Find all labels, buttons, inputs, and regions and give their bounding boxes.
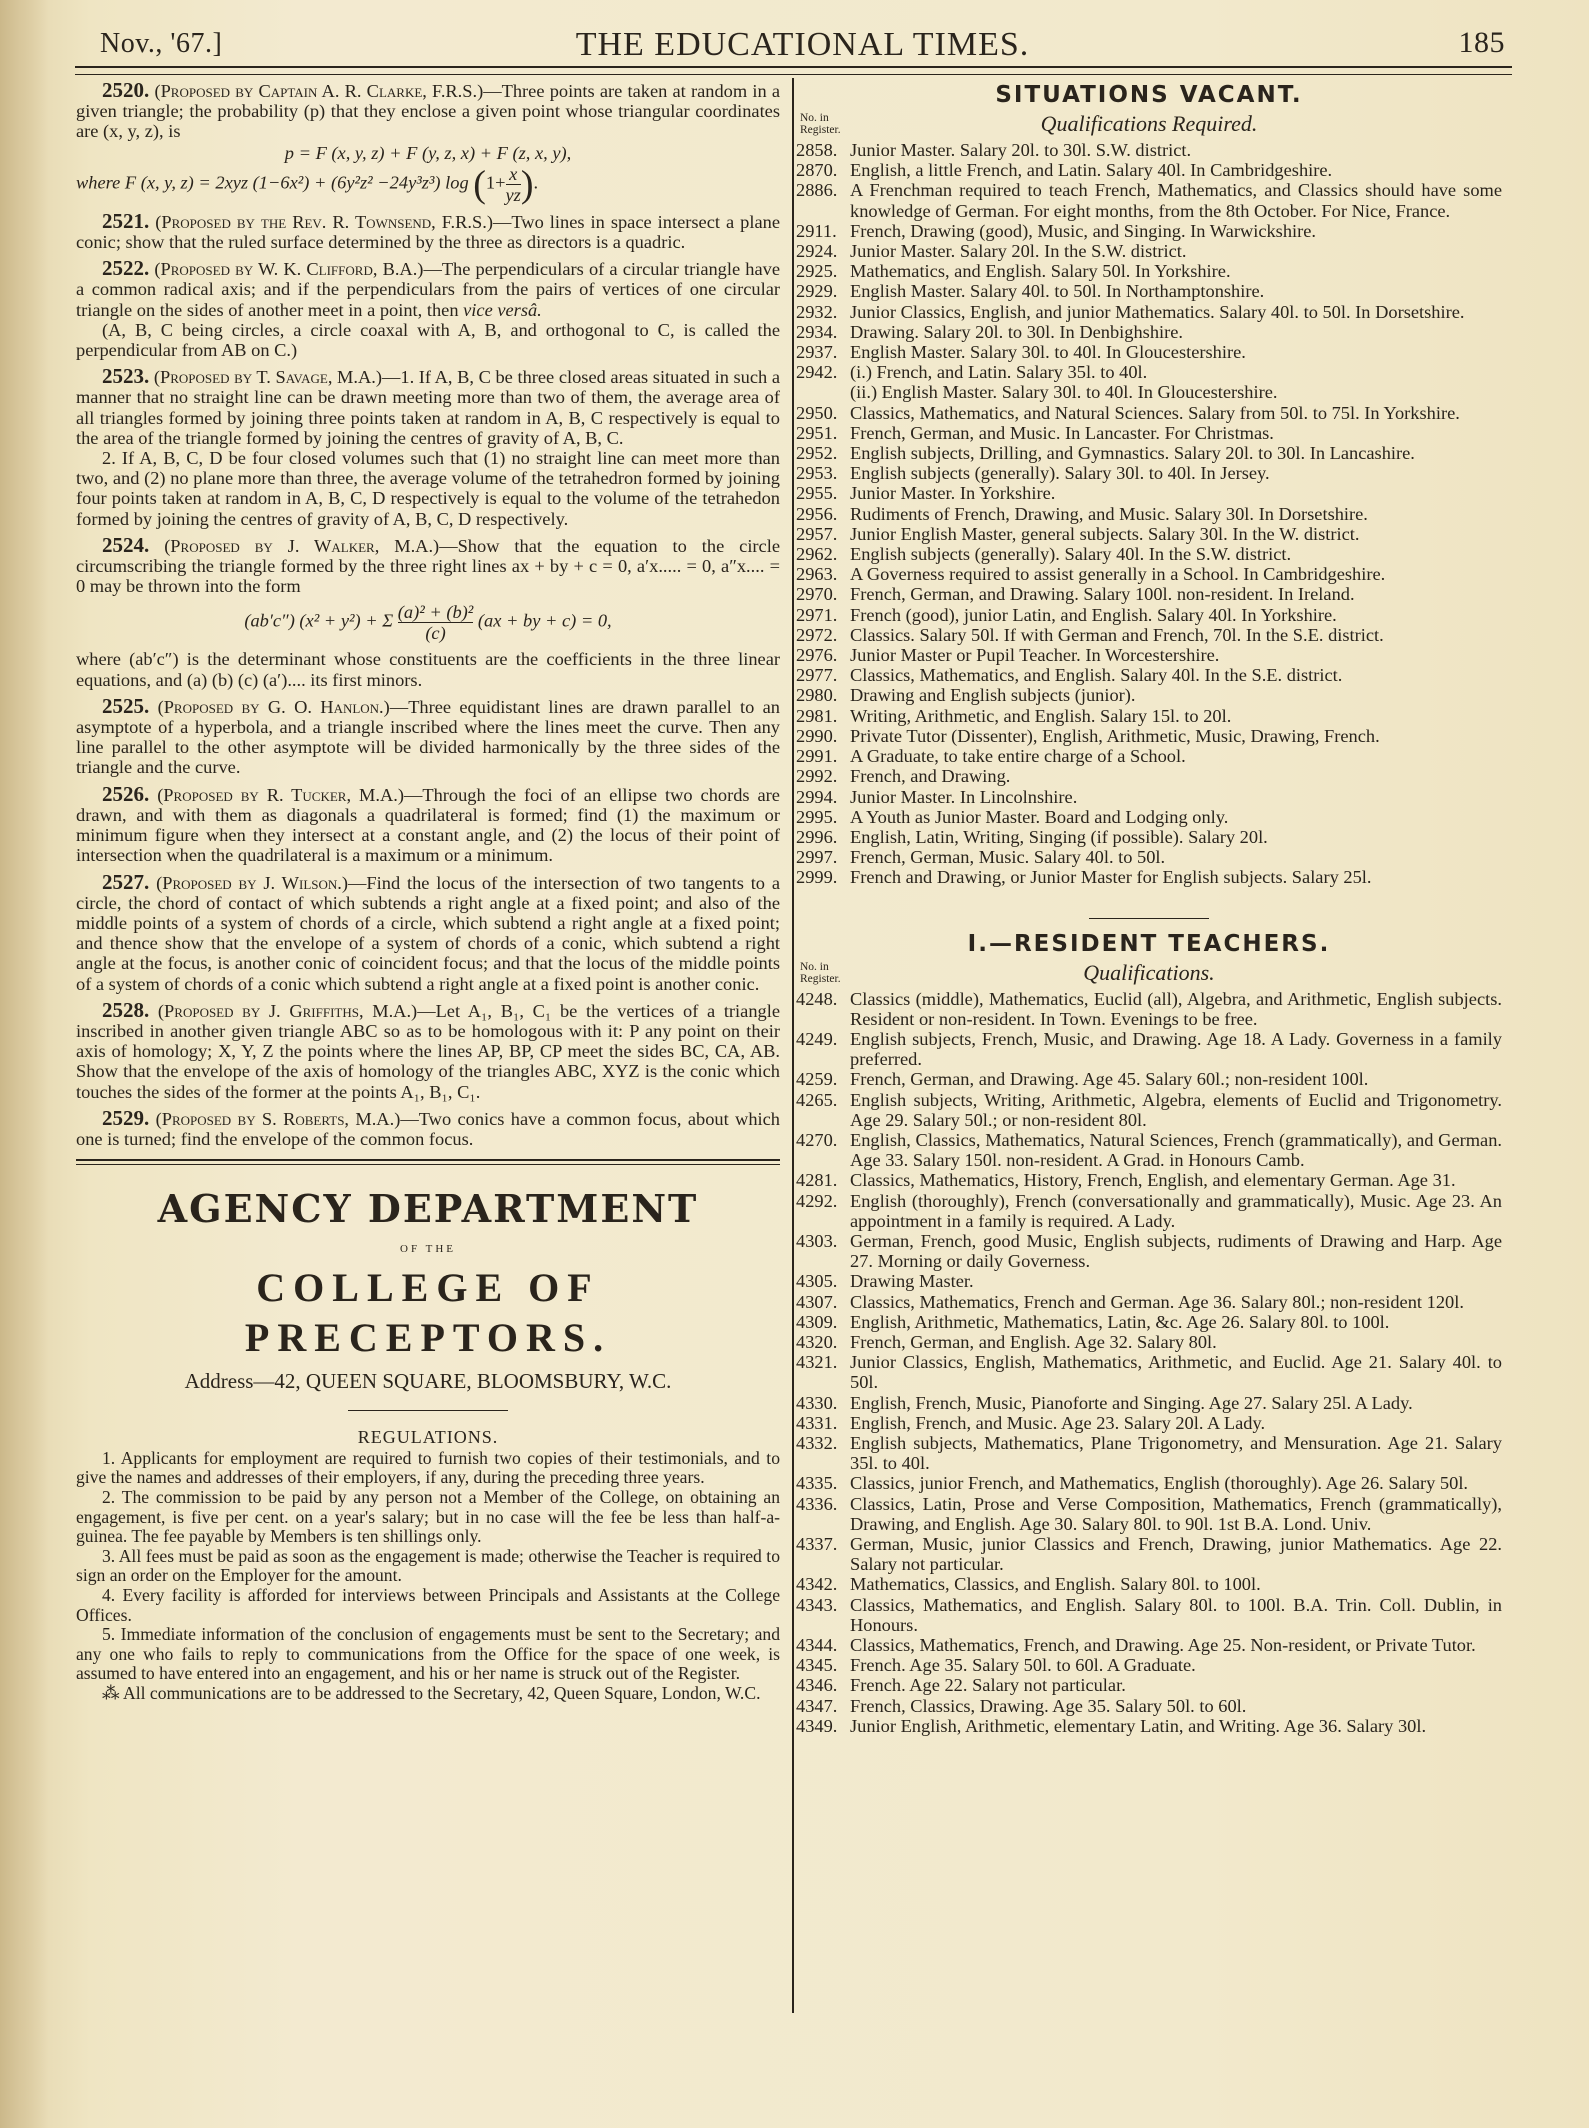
qualification-text: English subjects, Writing, Arithmetic, A… bbox=[850, 1090, 1502, 1130]
qualification-text: Private Tutor (Dissenter), English, Arit… bbox=[850, 726, 1502, 746]
register-number: 2990. bbox=[796, 726, 850, 746]
qualification-text: French, German, and Music. In Lancaster.… bbox=[850, 423, 1502, 443]
register-number: 2972. bbox=[796, 625, 850, 645]
equation: (ab′c″) (x² + y²) + Σ (a)² + (b)²(c) (ax… bbox=[76, 602, 780, 643]
register-number: 4320. bbox=[796, 1332, 850, 1352]
list-item: 2925.Mathematics, and English. Salary 50… bbox=[796, 261, 1502, 281]
register-number: 4309. bbox=[796, 1312, 850, 1332]
qualification-text: Junior Master or Pupil Teacher. In Worce… bbox=[850, 645, 1502, 665]
register-number: 4303. bbox=[796, 1231, 850, 1271]
list-item: 4336.Classics, Latin, Prose and Verse Co… bbox=[796, 1494, 1502, 1534]
register-number: 4249. bbox=[796, 1029, 850, 1069]
qualification-text: French and Drawing, or Junior Master for… bbox=[850, 867, 1502, 887]
register-number: 4335. bbox=[796, 1473, 850, 1493]
list-item: 4281.Classics, Mathematics, History, Fre… bbox=[796, 1170, 1502, 1190]
list-item: 2957.Junior English Master, general subj… bbox=[796, 524, 1502, 544]
register-number: 4332. bbox=[796, 1433, 850, 1473]
list-item: 2942.(i.) French, and Latin. Salary 35l.… bbox=[796, 362, 1502, 402]
register-number: 2992. bbox=[796, 766, 850, 786]
problem-2527: 2527. (Proposed by J. Wilson.)—Find the … bbox=[76, 872, 780, 994]
list-item: 2962.English subjects (generally). Salar… bbox=[796, 544, 1502, 564]
register-number: 2970. bbox=[796, 584, 850, 604]
list-item: 4265.English subjects, Writing, Arithmet… bbox=[796, 1090, 1502, 1130]
qualification-text: Classics. Salary 50l. If with German and… bbox=[850, 625, 1502, 645]
problem-2528: 2528. (Proposed by J. Griffiths, M.A.)—L… bbox=[76, 1000, 780, 1102]
short-rule bbox=[1089, 918, 1209, 919]
qualification-text: Classics, junior French, and Mathematics… bbox=[850, 1473, 1502, 1493]
register-number: 2953. bbox=[796, 463, 850, 483]
problem-number: 2525. bbox=[102, 694, 149, 718]
register-number: 4343. bbox=[796, 1595, 850, 1635]
qualification-text: (i.) French, and Latin. Salary 35l. to 4… bbox=[850, 362, 1502, 402]
register-number: 4305. bbox=[796, 1271, 850, 1291]
qualification-text: A Governess required to assist generally… bbox=[850, 564, 1502, 584]
qualification-text: English subjects (generally). Salary 30l… bbox=[850, 463, 1502, 483]
qualification-text: A Frenchman required to teach French, Ma… bbox=[850, 180, 1502, 220]
qualification-text: French, German, and Drawing. Salary 100l… bbox=[850, 584, 1502, 604]
qualification-text: Writing, Arithmetic, and English. Salary… bbox=[850, 706, 1502, 726]
problem-number: 2524. bbox=[102, 533, 149, 557]
resident-teachers-subheader: No. in Register. Qualifications. bbox=[796, 959, 1502, 989]
problem-number: 2527. bbox=[102, 870, 149, 894]
qualifications-title: Qualifications. bbox=[796, 959, 1502, 987]
register-number: 2980. bbox=[796, 685, 850, 705]
list-item: 4331.English, French, and Music. Age 23.… bbox=[796, 1413, 1502, 1433]
problem-number: 2522. bbox=[102, 256, 149, 280]
register-number: 2924. bbox=[796, 241, 850, 261]
register-number: 2991. bbox=[796, 746, 850, 766]
problem-2529: 2529. (Proposed by S. Roberts, M.A.)—Two… bbox=[76, 1108, 780, 1149]
register-number: 2858. bbox=[796, 140, 850, 160]
list-item: 2972.Classics. Salary 50l. If with Germa… bbox=[796, 625, 1502, 645]
list-item: 2858.Junior Master. Salary 20l. to 30l. … bbox=[796, 140, 1502, 160]
agency-title: AGENCY DEPARTMENT bbox=[76, 1187, 780, 1231]
register-number: 2996. bbox=[796, 827, 850, 847]
register-number: 4248. bbox=[796, 989, 850, 1029]
right-column: SITUATIONS VACANT. No. in Register. Qual… bbox=[796, 80, 1502, 1736]
list-item: 2991.A Graduate, to take entire charge o… bbox=[796, 746, 1502, 766]
register-number: 4307. bbox=[796, 1292, 850, 1312]
problem-proposer: (Proposed by R. Tucker, M.A.) bbox=[157, 785, 404, 805]
register-number: 4345. bbox=[796, 1655, 850, 1675]
register-number: 2937. bbox=[796, 342, 850, 362]
regulations-title: REGULATIONS. bbox=[76, 1427, 780, 1447]
register-number: 2950. bbox=[796, 403, 850, 423]
register-number: 2934. bbox=[796, 322, 850, 342]
resident-teachers-list: 4248.Classics (middle), Mathematics, Euc… bbox=[796, 989, 1502, 1737]
list-item: 4248.Classics (middle), Mathematics, Euc… bbox=[796, 989, 1502, 1029]
qualification-text: A Youth as Junior Master. Board and Lodg… bbox=[850, 807, 1502, 827]
list-item: 4307.Classics, Mathematics, French and G… bbox=[796, 1292, 1502, 1312]
register-number: 4337. bbox=[796, 1534, 850, 1574]
college-address: Address—42, QUEEN SQUARE, BLOOMSBURY, W.… bbox=[76, 1371, 780, 1391]
problem-text-italic: vice versâ. bbox=[463, 300, 542, 320]
list-item: 2971.French (good), junior Latin, and En… bbox=[796, 605, 1502, 625]
qualification-text: English subjects (generally). Salary 40l… bbox=[850, 544, 1502, 564]
problem-2526: 2526. (Proposed by R. Tucker, M.A.)—Thro… bbox=[76, 784, 780, 866]
problem-proposer: (Proposed by the Rev. R. Townsend, F.R.S… bbox=[155, 212, 493, 232]
list-item: 4346.French. Age 22. Salary not particul… bbox=[796, 1675, 1502, 1695]
problem-proposer: (Proposed by J. Wilson.) bbox=[156, 873, 348, 893]
problem-proposer: (Proposed by Captain A. R. Clarke, F.R.S… bbox=[154, 81, 483, 101]
list-item: 4249.English subjects, French, Music, an… bbox=[796, 1029, 1502, 1069]
qualification-text: Junior Master. Salary 20l. In the S.W. d… bbox=[850, 241, 1502, 261]
list-item: 2929.English Master. Salary 40l. to 50l.… bbox=[796, 281, 1502, 301]
qualification-text: English Master. Salary 30l. to 40l. In G… bbox=[850, 342, 1502, 362]
qualification-text: Junior English Master, general subjects.… bbox=[850, 524, 1502, 544]
page-number: 185 bbox=[1459, 26, 1506, 60]
problem-proposer: (Proposed by G. O. Hanlon.) bbox=[158, 697, 390, 717]
qualification-text: German, French, good Music, English subj… bbox=[850, 1231, 1502, 1271]
list-item: 2937.English Master. Salary 30l. to 40l.… bbox=[796, 342, 1502, 362]
regulation-item: 2. The commission to be paid by any pers… bbox=[76, 1488, 780, 1547]
qualification-text: French. Age 35. Salary 50l. to 60l. A Gr… bbox=[850, 1655, 1502, 1675]
agency-department-section: AGENCY DEPARTMENT OF THE COLLEGE OF PREC… bbox=[76, 1187, 780, 1703]
qualification-text: French. Age 22. Salary not particular. bbox=[850, 1675, 1502, 1695]
qualification-text: Classics, Mathematics, French and German… bbox=[850, 1292, 1502, 1312]
list-item: 4292.English (thoroughly), French (conve… bbox=[796, 1191, 1502, 1231]
problem-2520: 2520. (Proposed by Captain A. R. Clarke,… bbox=[76, 80, 780, 205]
agency-of-the: OF THE bbox=[76, 1239, 780, 1259]
newspaper-page: Nov., '67.] THE EDUCATIONAL TIMES. 185 2… bbox=[0, 0, 1589, 2128]
register-number: 2995. bbox=[796, 807, 850, 827]
college-name: COLLEGE OF PRECEPTORS. bbox=[76, 1263, 780, 1363]
register-number: 2956. bbox=[796, 504, 850, 524]
list-item: 2924.Junior Master. Salary 20l. In the S… bbox=[796, 241, 1502, 261]
list-item: 4303.German, French, good Music, English… bbox=[796, 1231, 1502, 1271]
register-number: 2977. bbox=[796, 665, 850, 685]
problem-note: (A, B, C being circles, a circle coaxal … bbox=[76, 320, 780, 360]
register-number: 2981. bbox=[796, 706, 850, 726]
qualification-text: Junior Master. In Lincolnshire. bbox=[850, 787, 1502, 807]
list-item: 2955.Junior Master. In Yorkshire. bbox=[796, 483, 1502, 503]
qualification-text: French, Classics, Drawing. Age 35. Salar… bbox=[850, 1696, 1502, 1716]
list-item: 4345.French. Age 35. Salary 50l. to 60l.… bbox=[796, 1655, 1502, 1675]
list-item: 2951.French, German, and Music. In Lanca… bbox=[796, 423, 1502, 443]
qualification-text: French, and Drawing. bbox=[850, 766, 1502, 786]
list-item: 2992.French, and Drawing. bbox=[796, 766, 1502, 786]
register-number: 2997. bbox=[796, 847, 850, 867]
list-item: 4344.Classics, Mathematics, French, and … bbox=[796, 1635, 1502, 1655]
list-item: 4349.Junior English, Arithmetic, element… bbox=[796, 1716, 1502, 1736]
list-item: 2934.Drawing. Salary 20l. to 30l. In Den… bbox=[796, 322, 1502, 342]
problem-proposer: (Proposed by J. Griffiths, M.A.) bbox=[158, 1001, 417, 1021]
situations-vacant-subheader: No. in Register. Qualifications Required… bbox=[796, 110, 1502, 140]
problem-proposer: (Proposed by J. Walker, M.A.) bbox=[164, 536, 439, 556]
list-item: 4330.English, French, Music, Pianoforte … bbox=[796, 1393, 1502, 1413]
equation: where F (x, y, z) = 2xyz (1−6x²) + (6y²z… bbox=[76, 164, 780, 205]
qualification-text: French, German, and English. Age 32. Sal… bbox=[850, 1332, 1502, 1352]
problem-number: 2529. bbox=[102, 1106, 149, 1130]
register-number: 2999. bbox=[796, 867, 850, 887]
list-item: 4347.French, Classics, Drawing. Age 35. … bbox=[796, 1696, 1502, 1716]
qualification-text: Drawing Master. bbox=[850, 1271, 1502, 1291]
list-item: 2932.Junior Classics, English, and junio… bbox=[796, 302, 1502, 322]
problem-number: 2521. bbox=[102, 209, 149, 233]
column-divider bbox=[792, 78, 794, 2013]
binding-gutter-shadow bbox=[0, 0, 48, 2128]
problem-number: 2523. bbox=[102, 364, 149, 388]
list-item: 4305.Drawing Master. bbox=[796, 1271, 1502, 1291]
register-number: 2911. bbox=[796, 221, 850, 241]
qualification-text: English (thoroughly), French (conversati… bbox=[850, 1191, 1502, 1231]
list-item: 2997.French, German, Music. Salary 40l. … bbox=[796, 847, 1502, 867]
problem-part-2: 2. If A, B, C, D be four closed volumes … bbox=[76, 448, 780, 529]
register-number: 2870. bbox=[796, 160, 850, 180]
register-number: 2962. bbox=[796, 544, 850, 564]
qualification-text: Rudiments of French, Drawing, and Music.… bbox=[850, 504, 1502, 524]
register-number: 4281. bbox=[796, 1170, 850, 1190]
regulation-item: 3. All fees must be paid as soon as the … bbox=[76, 1547, 780, 1586]
list-item: 2980.Drawing and English subjects (junio… bbox=[796, 685, 1502, 705]
problem-proposer: (Proposed by W. K. Clifford, B.A.) bbox=[154, 259, 423, 279]
list-item: 4321.Junior Classics, English, Mathemati… bbox=[796, 1352, 1502, 1392]
qualification-text: Junior Master. In Yorkshire. bbox=[850, 483, 1502, 503]
register-number: 4321. bbox=[796, 1352, 850, 1392]
qualification-text: Classics, Mathematics, History, French, … bbox=[850, 1170, 1502, 1190]
qualification-text: English subjects, Drilling, and Gymnasti… bbox=[850, 443, 1502, 463]
qualification-text: French, German, and Drawing. Age 45. Sal… bbox=[850, 1069, 1502, 1089]
register-number: 4347. bbox=[796, 1696, 850, 1716]
register-number: 4259. bbox=[796, 1069, 850, 1089]
qualification-text: Classics (middle), Mathematics, Euclid (… bbox=[850, 989, 1502, 1029]
list-item: 2953.English subjects (generally). Salar… bbox=[796, 463, 1502, 483]
resident-teachers-title: I.—RESIDENT TEACHERS. bbox=[796, 929, 1502, 959]
list-item: 4270.English, Classics, Mathematics, Nat… bbox=[796, 1130, 1502, 1170]
list-item: 2995.A Youth as Junior Master. Board and… bbox=[796, 807, 1502, 827]
header-double-rule bbox=[75, 66, 1512, 75]
qualification-text: English, French, Music, Pianoforte and S… bbox=[850, 1393, 1502, 1413]
left-column: 2520. (Proposed by Captain A. R. Clarke,… bbox=[76, 80, 780, 1703]
qualification-text: Classics, Latin, Prose and Verse Composi… bbox=[850, 1494, 1502, 1534]
qualification-text: Classics, Mathematics, and English. Sala… bbox=[850, 665, 1502, 685]
qualification-text: English, Arithmetic, Mathematics, Latin,… bbox=[850, 1312, 1502, 1332]
list-item: 4332.English subjects, Mathematics, Plan… bbox=[796, 1433, 1502, 1473]
register-number: 4342. bbox=[796, 1574, 850, 1594]
register-number: 2957. bbox=[796, 524, 850, 544]
list-item: 4335.Classics, junior French, and Mathem… bbox=[796, 1473, 1502, 1493]
register-number: 2971. bbox=[796, 605, 850, 625]
regulation-item: 1. Applicants for employment are require… bbox=[76, 1449, 780, 1488]
register-number: 2963. bbox=[796, 564, 850, 584]
list-item: 4342.Mathematics, Classics, and English.… bbox=[796, 1574, 1502, 1594]
register-number: 2929. bbox=[796, 281, 850, 301]
register-number: 4331. bbox=[796, 1413, 850, 1433]
list-item: 4259.French, German, and Drawing. Age 45… bbox=[796, 1069, 1502, 1089]
list-item: 2870.English, a little French, and Latin… bbox=[796, 160, 1502, 180]
qualification-text: English Master. Salary 40l. to 50l. In N… bbox=[850, 281, 1502, 301]
qualification-text: A Graduate, to take entire charge of a S… bbox=[850, 746, 1502, 766]
situations-vacant-title: SITUATIONS VACANT. bbox=[796, 80, 1502, 110]
qualification-text: Classics, Mathematics, French, and Drawi… bbox=[850, 1635, 1502, 1655]
register-number: 2925. bbox=[796, 261, 850, 281]
qualification-text: French, Drawing (good), Music, and Singi… bbox=[850, 221, 1502, 241]
list-item: 2952.English subjects, Drilling, and Gym… bbox=[796, 443, 1502, 463]
list-item: 4309.English, Arithmetic, Mathematics, L… bbox=[796, 1312, 1502, 1332]
list-item: 2976.Junior Master or Pupil Teacher. In … bbox=[796, 645, 1502, 665]
qualification-text: Classics, Mathematics, and Natural Scien… bbox=[850, 403, 1502, 423]
list-item: 4343.Classics, Mathematics, and English.… bbox=[796, 1595, 1502, 1635]
register-number: 4346. bbox=[796, 1675, 850, 1695]
regulation-item: 5. Immediate information of the conclusi… bbox=[76, 1625, 780, 1684]
list-item: 2963.A Governess required to assist gene… bbox=[796, 564, 1502, 584]
register-number: 4349. bbox=[796, 1716, 850, 1736]
qualification-text: Junior Classics, English, and junior Mat… bbox=[850, 302, 1502, 322]
problem-2524: 2524. (Proposed by J. Walker, M.A.)—Show… bbox=[76, 535, 780, 690]
qualification-text: Drawing and English subjects (junior). bbox=[850, 685, 1502, 705]
list-item: 2981.Writing, Arithmetic, and English. S… bbox=[796, 706, 1502, 726]
register-number: 4265. bbox=[796, 1090, 850, 1130]
qualification-text: Mathematics, and English. Salary 50l. In… bbox=[850, 261, 1502, 281]
register-number: 2955. bbox=[796, 483, 850, 503]
problem-proposer: (Proposed by T. Savage, M.A.) bbox=[154, 367, 382, 387]
qualification-text: Mathematics, Classics, and English. Sala… bbox=[850, 1574, 1502, 1594]
qualification-text: English subjects, Mathematics, Plane Tri… bbox=[850, 1433, 1502, 1473]
problem-number: 2526. bbox=[102, 782, 149, 806]
qualification-text: Junior English, Arithmetic, elementary L… bbox=[850, 1716, 1502, 1736]
register-number: 2994. bbox=[796, 787, 850, 807]
regulation-note: ⁂ All communications are to be addressed… bbox=[76, 1684, 780, 1704]
section-divider-rule bbox=[76, 1159, 780, 1165]
problem-2521: 2521. (Proposed by the Rev. R. Townsend,… bbox=[76, 211, 780, 252]
list-item: 2950.Classics, Mathematics, and Natural … bbox=[796, 403, 1502, 423]
register-number: 2952. bbox=[796, 443, 850, 463]
register-number: 4292. bbox=[796, 1191, 850, 1231]
equation: p = F (x, y, z) + F (y, z, x) + F (z, x,… bbox=[76, 143, 780, 163]
publication-title: THE EDUCATIONAL TIMES. bbox=[100, 26, 1505, 64]
register-number: 2886. bbox=[796, 180, 850, 220]
problem-number: 2528. bbox=[102, 998, 149, 1022]
list-item: 4337.German, Music, junior Classics and … bbox=[796, 1534, 1502, 1574]
register-number: 2951. bbox=[796, 423, 850, 443]
qualification-text: English, a little French, and Latin. Sal… bbox=[850, 160, 1502, 180]
problem-2523: 2523. (Proposed by T. Savage, M.A.)—1. I… bbox=[76, 366, 780, 529]
register-number: 2932. bbox=[796, 302, 850, 322]
list-item: 2911.French, Drawing (good), Music, and … bbox=[796, 221, 1502, 241]
qualification-text: French (good), junior Latin, and English… bbox=[850, 605, 1502, 625]
register-number: 4330. bbox=[796, 1393, 850, 1413]
qualification-text: Junior Master. Salary 20l. to 30l. S.W. … bbox=[850, 140, 1502, 160]
list-item: 2970.French, German, and Drawing. Salary… bbox=[796, 584, 1502, 604]
qualification-text: English subjects, French, Music, and Dra… bbox=[850, 1029, 1502, 1069]
qualification-text: Classics, Mathematics, and English. Sala… bbox=[850, 1595, 1502, 1635]
problem-proposer: (Proposed by S. Roberts, M.A.) bbox=[156, 1109, 401, 1129]
list-item: 2999.French and Drawing, or Junior Maste… bbox=[796, 867, 1502, 887]
regulation-item: 4. Every facility is afforded for interv… bbox=[76, 1586, 780, 1625]
short-rule bbox=[348, 1410, 508, 1411]
problem-number: 2520. bbox=[102, 78, 149, 102]
register-number: 2976. bbox=[796, 645, 850, 665]
list-item: 2977.Classics, Mathematics, and English.… bbox=[796, 665, 1502, 685]
list-item: 2886.A Frenchman required to teach Frenc… bbox=[796, 180, 1502, 220]
register-number: 4344. bbox=[796, 1635, 850, 1655]
list-item: 2956.Rudiments of French, Drawing, and M… bbox=[796, 504, 1502, 524]
register-number: 2942. bbox=[796, 362, 850, 402]
qualification-text: Drawing. Salary 20l. to 30l. In Denbighs… bbox=[850, 322, 1502, 342]
qualification-text: French, German, Music. Salary 40l. to 50… bbox=[850, 847, 1502, 867]
register-number: 4270. bbox=[796, 1130, 850, 1170]
qualification-text: Junior Classics, English, Mathematics, A… bbox=[850, 1352, 1502, 1392]
problem-2522: 2522. (Proposed by W. K. Clifford, B.A.)… bbox=[76, 258, 780, 360]
qualification-text: German, Music, junior Classics and Frenc… bbox=[850, 1534, 1502, 1574]
list-item: 2990.Private Tutor (Dissenter), English,… bbox=[796, 726, 1502, 746]
qualification-text: English, Latin, Writing, Singing (if pos… bbox=[850, 827, 1502, 847]
problem-text-after: where (ab′c″) is the determinant whose c… bbox=[76, 649, 780, 689]
problem-2525: 2525. (Proposed by G. O. Hanlon.)—Three … bbox=[76, 696, 780, 778]
list-item: 2996.English, Latin, Writing, Singing (i… bbox=[796, 827, 1502, 847]
qualification-text: English, Classics, Mathematics, Natural … bbox=[850, 1130, 1502, 1170]
list-item: 2994.Junior Master. In Lincolnshire. bbox=[796, 787, 1502, 807]
running-header: Nov., '67.] THE EDUCATIONAL TIMES. 185 bbox=[100, 22, 1505, 62]
qualification-text: English, French, and Music. Age 23. Sala… bbox=[850, 1413, 1502, 1433]
regulations-list: 1. Applicants for employment are require… bbox=[76, 1449, 780, 1704]
qualifications-required-title: Qualifications Required. bbox=[796, 110, 1502, 138]
register-number: 4336. bbox=[796, 1494, 850, 1534]
list-item: 4320.French, German, and English. Age 32… bbox=[796, 1332, 1502, 1352]
situations-vacant-list: 2858.Junior Master. Salary 20l. to 30l. … bbox=[796, 140, 1502, 888]
